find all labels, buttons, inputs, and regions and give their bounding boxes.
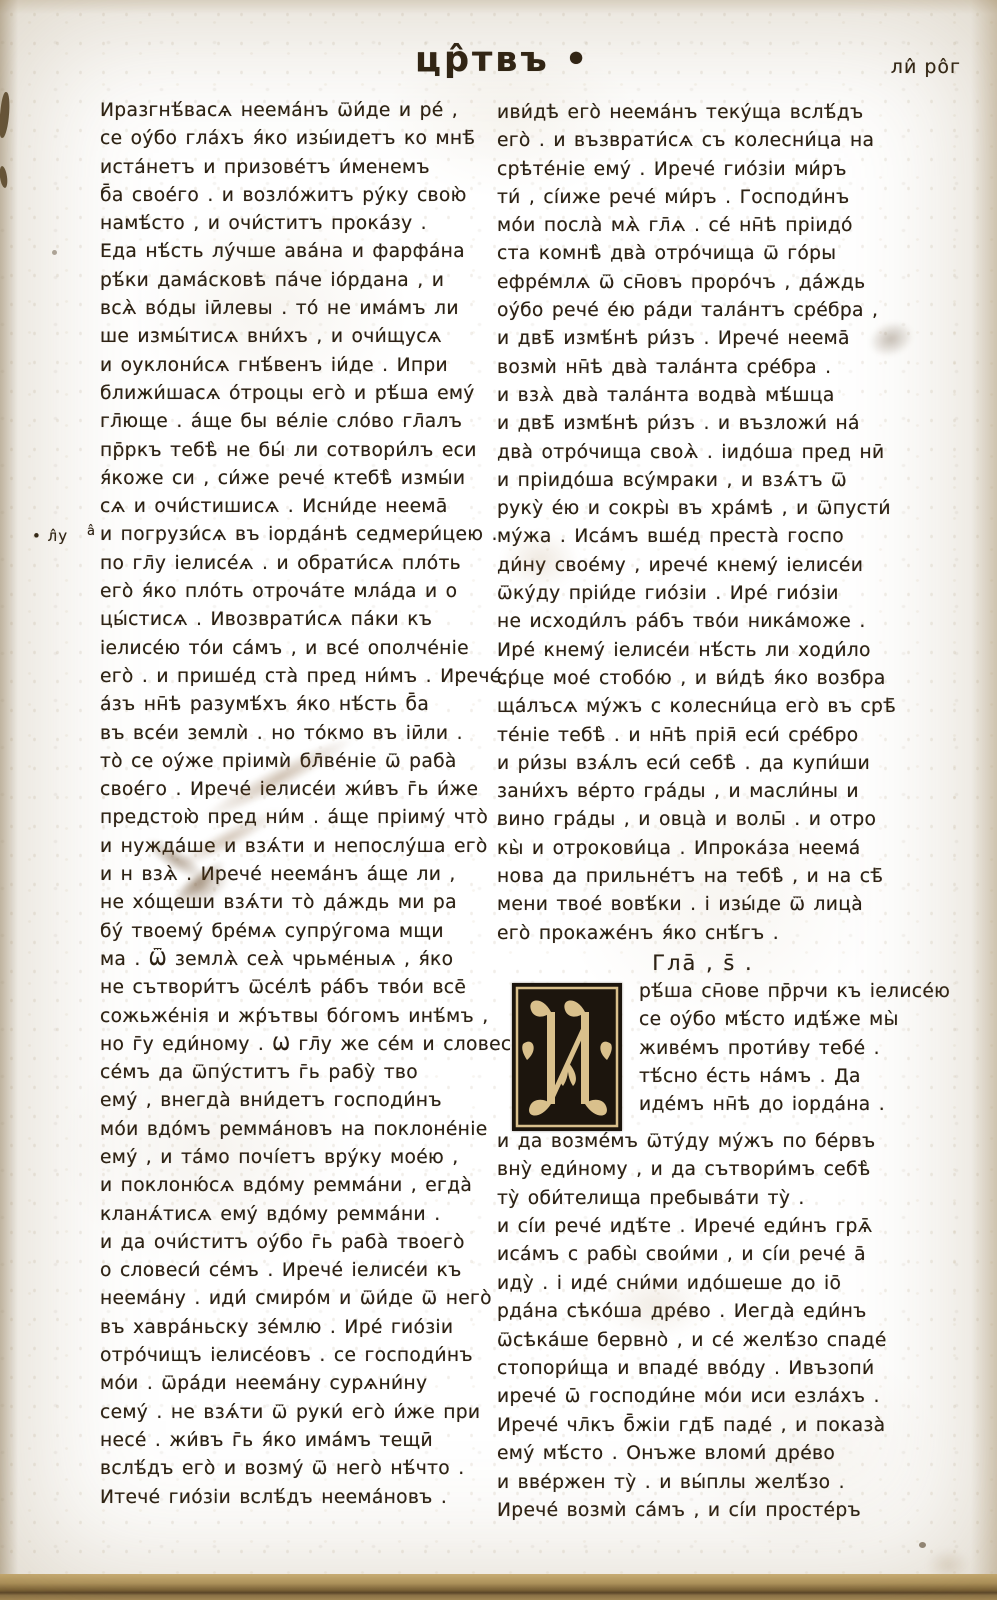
text-line: вслѣ́дъ его̀ и возму́ ѿ него̀ нѣ́что .: [100, 1455, 495, 1483]
text-line: и оуклони́сѧ гнѣ́венъ іи́де . Ипри: [100, 352, 495, 380]
text-line: несе́ . жи́въ г̄ь я́ко има́мъ тещӣ: [100, 1427, 495, 1455]
margin-note: • л̂у: [32, 527, 68, 545]
text-line: его̀ . и възврати́сѧ съ колесни́ца на: [497, 127, 909, 155]
text-line: кы̀ и отрокови́ца . Ипрока́за неема́: [497, 835, 909, 863]
page-bottom-edge: [0, 1574, 997, 1600]
text-line: всѧ̀ во́ды іӣлевы . то́ не има́мъ ли: [100, 295, 495, 323]
text-line: се оу́бо гла́хъ я́ко изы́идетъ ко мнѣ̄: [100, 125, 495, 153]
text-line: вну̀ еди́ному , и да сътвори́мъ себѣ̀: [497, 1156, 909, 1184]
text-line: се́мъ да ѿпу́ститъ г̄ь рабу̀ тво: [100, 1059, 495, 1087]
text-line: возмѝ нн̄ѣ два̀ тала́нта сре́бра .: [497, 354, 909, 382]
text-line: кланѧ́тисѧ ему́ вдо́му ремма́ни .: [100, 1201, 495, 1229]
text-line: иса́мъ с рабы̀ свои́ми , и сі́и рече́ а̄: [497, 1241, 909, 1269]
text-line: сожьже́нія и жр́ътвы бо́гомъ инѣ́мъ ,: [100, 1003, 495, 1031]
text-line: ср́це мое́ стобо́ю , и ви́дѣ я́ко возбра: [497, 665, 909, 693]
text-line: иде́мъ нн̄ѣ до іорда́на .: [639, 1091, 909, 1119]
text-line: мо́и вдо́мъ ремма́новъ на поклоне́ніе: [100, 1116, 495, 1144]
stain-dot: [52, 250, 57, 255]
text-line: оу́бо рече́ е́ю ра́ди тала́нтъ сре́бра ,: [497, 297, 909, 325]
drop-cap-ornament-icon: [511, 982, 623, 1132]
drop-cap-initial-block: И: [511, 982, 623, 1132]
text-line: ефре́млѧ ѿ сн̄овъ проро́чъ , да́ждь: [497, 269, 909, 297]
text-line: Еда нѣ́сть лу́чше ава́на и фарфа́на: [100, 238, 495, 266]
text-line: и взѧ̀ два̀ тала́нта водва̀ мѣ́шца: [497, 382, 909, 410]
book-page-scan: { "page": { "header_title": "цр̂твъ •", …: [0, 0, 997, 1600]
text-line: ѿку́ду пріи́де гио́зіи . Ире́ гио́зіи: [497, 580, 909, 608]
folio-number: ли̂ ро̂г: [891, 56, 961, 78]
text-line: и ри́зы взѧ́лъ еси́ себѣ̀ . да купи́ши: [497, 750, 909, 778]
text-line: ближи́шасѧ о́троцы его̀ и рѣ́ша ему́: [100, 380, 495, 408]
text-line: въ все́и землѝ . но то́кмо въ іӣли .: [100, 720, 495, 748]
text-line: и двѣ̄ измѣ́нѣ ри́зъ . и възложи́ на́: [497, 410, 909, 438]
stain-faint-spot: [926, 1548, 970, 1582]
text-line: тѣ́сно е́сть на́мъ . Да: [639, 1063, 909, 1091]
text-line: и да очи́ститъ оу́бо г̄ь раба̀ твоего̀: [100, 1229, 495, 1257]
text-line: его̀ прокаже́нъ я́ко снѣ́гъ .: [497, 920, 909, 948]
text-line: я́коже си , си́же рече́ ктебѣ̀ измы́и: [100, 465, 495, 493]
text-line: мени твое́ вовѣ́ки . і изы́де ѿ лица̀: [497, 891, 909, 919]
text-line: и сі́и рече́ идѣ́те . Ирече́ еди́нъ грѧ̄: [497, 1213, 909, 1241]
text-line: сему́ . не взѧ́ти ѿ руки́ его̀ и́же при: [100, 1399, 495, 1427]
text-line: и нужда́ше и взѧ́ти и непослу́ша его̀: [100, 833, 495, 861]
text-line: рда́на сѣко́ша дре́во . Иегда̀ еди́нъ: [497, 1298, 909, 1326]
running-header: цр̂твъ •: [415, 40, 590, 80]
text-line: іелисе́ю то́и са́мъ , и все́ ополче́ніе: [100, 635, 495, 663]
text-line: иду̀ . і иде́ сни́ми идо́шеше до іо̄: [497, 1270, 909, 1298]
chapter-heading: Гла̄ , ѕ̄ .: [497, 948, 909, 978]
page-edge-right: [971, 0, 997, 1600]
text-line: не хо́щеши взѧ́ти то̀ да́ждь ми ра: [100, 889, 495, 917]
text-line: ди́ну свое́му , ирече́ кнему́ іелисе́и: [497, 552, 909, 580]
text-line: иста́нетъ и призове́тъ и́менемъ: [100, 154, 495, 182]
text-line: ма . Ѿ землѧ̀ сеѧ̀ чрьме́ныѧ , я́ко: [100, 946, 495, 974]
text-line: и да возме́мъ ѿту́ду му́жъ по бе́рвъ: [497, 1128, 909, 1156]
text-line: се оу́бо мѣ́сто идѣ́же мы̀: [639, 1006, 909, 1034]
right-column-verses: иви́дѣ его̀ неема́нъ теку́ща вслѣ́дъего̀…: [497, 99, 909, 948]
page-edge-left: [0, 0, 18, 1600]
text-line: Иразгнѣ́васѧ неема́нъ ѿи́де и ре́ ,: [100, 97, 495, 125]
text-line: б̄а свое́го . и возло́житъ ру́ку свою̀: [100, 182, 495, 210]
text-line: не сътвори́тъ ѿсе́лѣ ра́бъ тво́и все̄: [100, 974, 495, 1002]
edge-ink-mark: [0, 92, 11, 139]
text-line: ту̀ оби́телища пребыва́ти ту̀ .: [497, 1185, 909, 1213]
text-line: въ хавра́ньску зе́млю . Ире́ гио́зіи: [100, 1314, 495, 1342]
text-line: ста комнѣ̀ два̀ отро́чища ѿ го́ры: [497, 240, 909, 268]
margin-note-small: а̂: [87, 524, 95, 539]
text-line: предстою̀ пред ни́м . а́ще пріиму́ что̀ …: [100, 804, 495, 832]
text-line: а́зъ нн̄ѣ разумѣ́хъ я́ко нѣ́сть б̄а: [100, 691, 495, 719]
text-line: зани́хъ ве́рто гра́ды , и масли́ны и: [497, 778, 909, 806]
text-line: и поклоню́сѧ вдо́му ремма́ни , егда̀: [100, 1172, 495, 1200]
text-line: но г̄у еди́ному . Ѡ гл̄у же се́м и слове…: [100, 1031, 495, 1059]
text-line: два̀ отро́чища своѧ̀ . іидо́ша пред нӣ: [497, 439, 909, 467]
text-line: и вве́ржен ту̀ . и вы́плы желѣ́зо .: [497, 1469, 909, 1497]
text-line: му́жа . Иса́мъ вше́д преста̀ госпо: [497, 523, 909, 551]
text-line: живе́мъ проти́ву тебе́ .: [639, 1035, 909, 1063]
chapter-opening-block: И рѣ́ша сн̄ове пр̄рчи къ іелисе́юсе оу́б…: [497, 978, 909, 1525]
text-line: Ирече́ возмѝ са́мъ , и сі́и просте́ръ: [497, 1497, 909, 1525]
text-line: ирече́ ѡ̄ господи́не мо́и иси езла́хъ .: [497, 1383, 909, 1411]
text-line: руку̀ е́ю и сокры̀ въ хра́мѣ , и ѿпусти́: [497, 495, 909, 523]
text-line: не исходи́лъ ра́бъ тво́и ника́може .: [497, 608, 909, 636]
text-line: ща́лъсѧ му́жъ с колесни́ца его̀ въ срѣ̄: [497, 693, 909, 721]
page-edge-top: [0, 0, 997, 14]
text-line: пр̄ркъ тебѣ̀ не бы́ ли сотвори́лъ еси: [100, 437, 495, 465]
text-line: его̀ я́ко пло́ть отроча́те мла́да и о: [100, 578, 495, 606]
text-line: стопори́ща и впаде́ вво́ду . Ивъзопи́: [497, 1355, 909, 1383]
text-line: неема́ну . иди́ смиро́м и ѿи́де ѿ него̀: [100, 1285, 495, 1313]
stain-dot: [919, 1542, 926, 1548]
text-line: Ире́ кнему́ іелисе́и нѣ́сть ли ходи́ло: [497, 637, 909, 665]
text-line: вино гра́ды , и овца̀ и волы̄ . и отро: [497, 806, 909, 834]
text-line: ему́ , и та́мо почі́етъ вру́ку мое́ю ,: [100, 1144, 495, 1172]
text-line: нова да прильне́тъ на тебѣ̀ , и на сѣ̄: [497, 863, 909, 891]
text-column-left: Иразгнѣ́васѧ неема́нъ ѿи́де и ре́ ,се оу…: [100, 97, 495, 1512]
text-line: ше измы́тисѧ вни́хъ , и очи́щусѧ: [100, 323, 495, 351]
text-line: намѣ́сто , и очи́ститъ прока́зу .: [100, 210, 495, 238]
text-line: мо́и . ѿра́ди неема́ну сурѧни́ну: [100, 1370, 495, 1398]
text-line: свое́го . Ирече́ іелисе́и жи́въ г̄ь и́же: [100, 776, 495, 804]
text-line: ему́ мѣ́сто . Онъже вломи́ дре́во: [497, 1440, 909, 1468]
text-line: и н взѧ̀ . Ирече́ неема́нъ а́ще ли ,: [100, 861, 495, 889]
text-line: то̀ се оу́же пріимѝ бл̄ве́ніе ѿ раба̀: [100, 748, 495, 776]
text-column-right: иви́дѣ его̀ неема́нъ теку́ща вслѣ́дъего̀…: [497, 99, 909, 1525]
text-line: цы́стисѧ . Ивозврати́сѧ па́ки къ: [100, 606, 495, 634]
chapter-lines-full-width: и да возме́мъ ѿту́ду му́жъ по бе́рвъвну̀…: [497, 1128, 909, 1525]
text-line: и погрузи́сѧ въ іорда́нѣ седмери́цею .: [100, 521, 495, 549]
text-line: и пріидо́ша всу́мраки , и взѧ́тъ ѿ: [497, 467, 909, 495]
text-line: иви́дѣ его̀ неема́нъ теку́ща вслѣ́дъ: [497, 99, 909, 127]
text-line: мо́и посла̀ мѧ̀ гл̄ѧ . се́ нн̄ѣ пріидо́: [497, 212, 909, 240]
text-line: его̀ . и прише́д ста̀ пред ни́мъ . Ирече…: [100, 663, 495, 691]
text-line: по гл̄у іелисе́ѧ . и обрати́сѧ пло́ть: [100, 550, 495, 578]
edge-ink-mark: [0, 166, 8, 189]
text-line: рѣ́ки дама́сковѣ па́че іо́рдана , и: [100, 267, 495, 295]
text-line: ѿсѣка́ше бервно̀ , и се́ желѣ́зо спаде́: [497, 1327, 909, 1355]
text-line: те́ніе тебѣ̀ . и нн̄ѣ прія̄ еси́ сре́бро: [497, 722, 909, 750]
text-line: рѣ́ша сн̄ове пр̄рчи къ іелисе́ю: [639, 978, 909, 1006]
text-line: Итече́ гио́зіи вслѣ́дъ неема́новъ .: [100, 1484, 495, 1512]
text-line: ему́ , внегда̀ вни́детъ господи́нъ: [100, 1087, 495, 1115]
text-line: бу́ твоему́ бре́мѧ супру́гома мщи: [100, 918, 495, 946]
text-line: сѧ и очи́стишисѧ . Исни́де неема̄: [100, 493, 495, 521]
text-line: срѣте́ніе ему́ . Ирече́ гио́зіи ми́ръ: [497, 156, 909, 184]
text-line: Ирече́ чл̄къ б̄жіи гдѣ̄ паде́ , и показа…: [497, 1412, 909, 1440]
text-line: отро́чищъ іелисе́овъ . се господи́нъ: [100, 1342, 495, 1370]
chapter-lines-beside-initial: рѣ́ша сн̄ове пр̄рчи къ іелисе́юсе оу́бо …: [639, 978, 909, 1128]
text-line: ти́ , сі́иже рече́ ми́ръ . Господи́нъ: [497, 184, 909, 212]
text-line: и двѣ̄ измѣ́нѣ ри́зъ . Ирече́ неема̄: [497, 325, 909, 353]
text-line: гл̄юще . а́ще бы ве́ліе сло́во гл̄алъ: [100, 408, 495, 436]
text-line: о словеси́ се́мъ . Ирече́ іелисе́и къ: [100, 1257, 495, 1285]
